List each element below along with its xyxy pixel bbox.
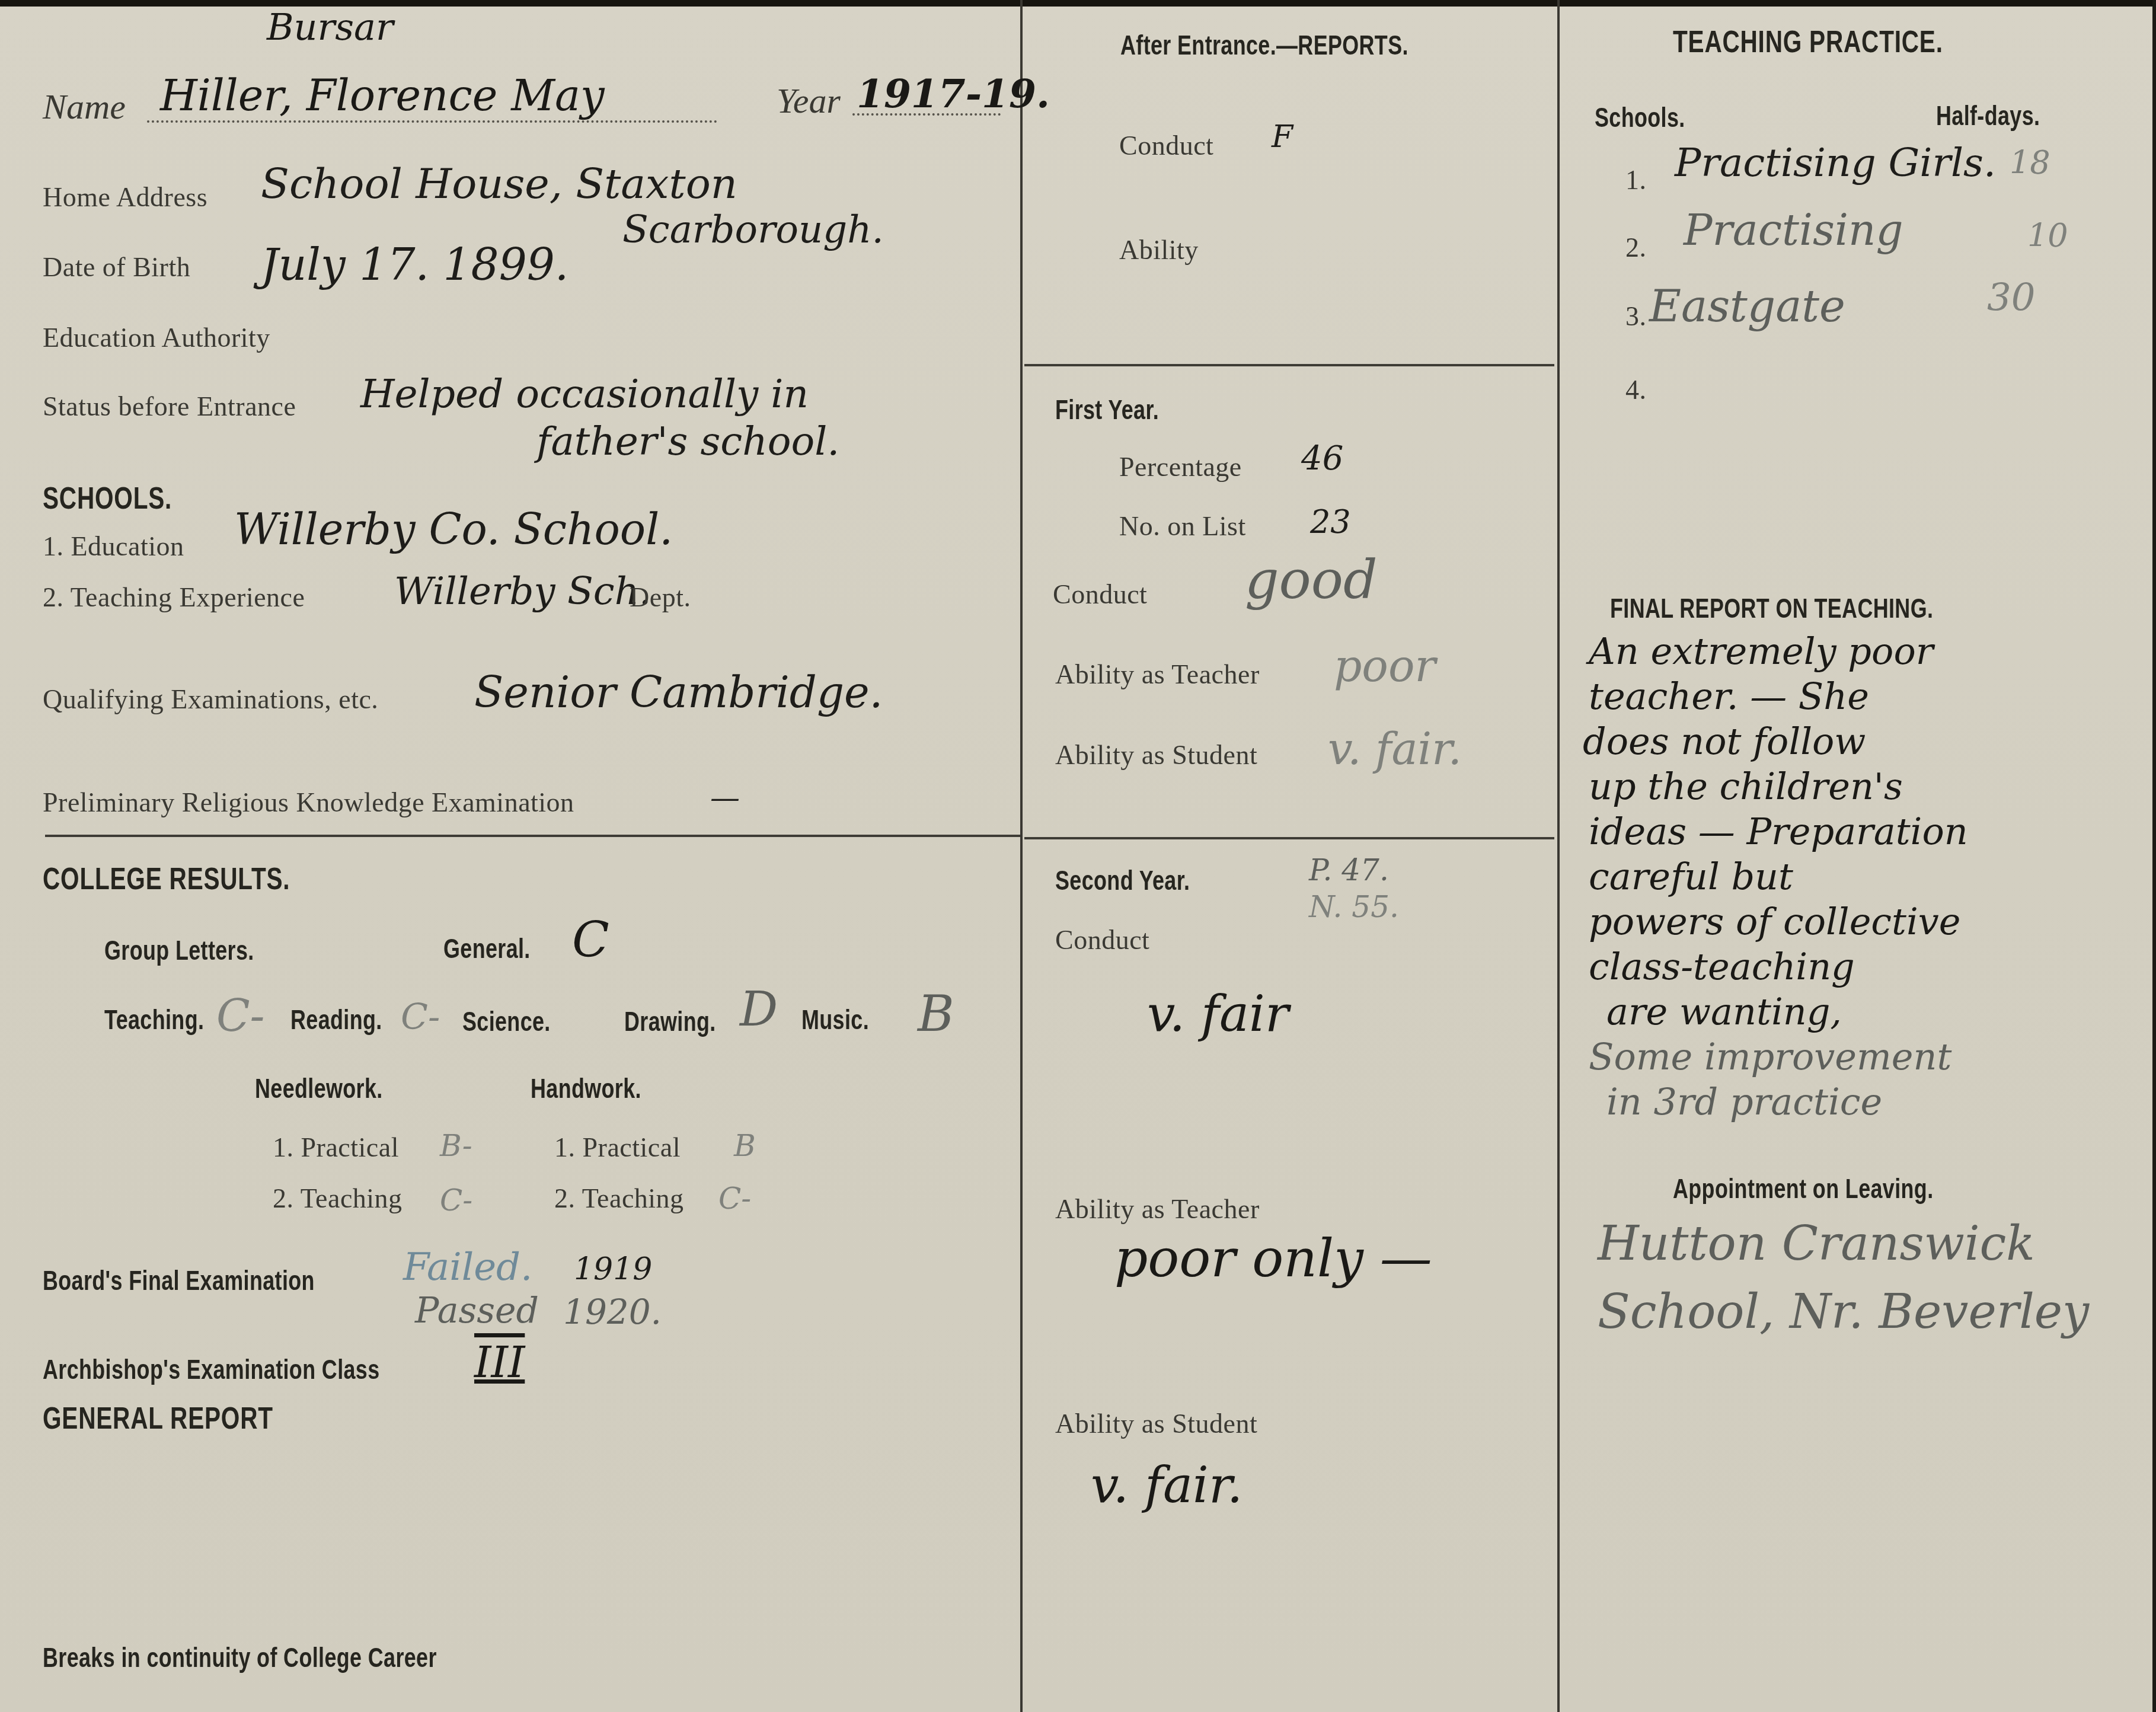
after-entrance-ability-label: Ability xyxy=(1119,234,1199,266)
name-annotation: Bursar xyxy=(267,5,394,49)
second-year-list-number: N. 55. xyxy=(1309,890,1399,924)
practice-row-halfdays: 18 xyxy=(2010,144,2050,181)
qualifying-exams-value: Senior Cambridge. xyxy=(474,667,883,717)
no-on-list-value: 23 xyxy=(1310,503,1351,541)
column-divider-right xyxy=(1557,0,1560,1712)
general-grade: C xyxy=(572,912,609,969)
reading-grade-label: Reading. xyxy=(290,1004,382,1036)
second-year-teacher-label: Ability as Teacher xyxy=(1055,1193,1260,1225)
drawing-grade: D xyxy=(740,982,778,1037)
name-dotted-line xyxy=(147,120,717,123)
first-year-conduct-value: good xyxy=(1245,549,1378,611)
final-report-line: up the children's xyxy=(1589,764,2146,809)
handwork-teaching-grade: C- xyxy=(718,1181,751,1216)
appointment-on-leaving-heading: Appointment on Leaving. xyxy=(1673,1173,1934,1205)
second-year-heading: Second Year. xyxy=(1055,864,1190,896)
general-label: General. xyxy=(443,932,531,964)
second-year-teacher-value: poor only — xyxy=(1114,1228,1432,1289)
final-report-heading: FINAL REPORT ON TEACHING. xyxy=(1610,592,1933,624)
divider-first-year xyxy=(1024,837,1554,839)
music-grade: B xyxy=(918,985,954,1043)
status-before-entrance-label: Status before Entrance xyxy=(43,391,296,422)
home-address-line2: Scarborough. xyxy=(622,208,884,252)
practice-row-number: 3. xyxy=(1625,301,1647,332)
practice-row-number: 2. xyxy=(1625,232,1647,263)
first-year-conduct-label: Conduct xyxy=(1053,579,1147,610)
final-report-line: does not follow xyxy=(1583,719,2146,764)
final-report-line: careful but xyxy=(1589,854,2146,899)
archbishop-exam-label: Archbishop's Examination Class xyxy=(43,1353,380,1385)
final-report-line: class-teaching xyxy=(1589,944,2146,989)
boards-final-year-1: 1919 xyxy=(574,1251,652,1287)
science-grade-label: Science. xyxy=(462,1005,551,1037)
practice-row-number: 1. xyxy=(1625,164,1647,196)
after-entrance-conduct-value: F xyxy=(1272,119,1293,155)
final-report-line: An extremely poor xyxy=(1589,629,2146,674)
needlework-teaching-label: 2. Teaching xyxy=(273,1183,403,1214)
boards-final-label: Board's Final Examination xyxy=(43,1264,315,1296)
needlework-practical-grade: B- xyxy=(440,1129,472,1163)
practice-row-halfdays: 30 xyxy=(1987,276,2035,320)
first-year-teacher-value: poor xyxy=(1334,641,1436,692)
teaching-experience-label: 2. Teaching Experience xyxy=(43,582,305,613)
needlework-heading: Needlework. xyxy=(255,1072,383,1104)
divider-left-college-results xyxy=(45,835,1020,837)
scan-right-edge xyxy=(2152,0,2156,1712)
education-authority-label: Education Authority xyxy=(43,322,270,353)
percentage-value: 46 xyxy=(1301,439,1343,478)
handwork-heading: Handwork. xyxy=(531,1072,641,1104)
halfdays-column-label: Half-days. xyxy=(1936,100,2040,132)
education-label: 1. Education xyxy=(43,531,184,562)
name-label: Name xyxy=(43,87,126,127)
student-record-card: Bursar Name Hiller, Florence May Year 19… xyxy=(0,7,2152,1712)
first-year-student-value: v. fair. xyxy=(1328,724,1462,775)
practice-row-school: Eastgate xyxy=(1649,281,1845,332)
reading-grade: C- xyxy=(401,996,440,1038)
first-year-student-label: Ability as Student xyxy=(1055,739,1257,771)
final-report-line: teacher. — She xyxy=(1589,674,2146,719)
boards-final-status-1: Failed. xyxy=(403,1245,532,1289)
needlework-teaching-grade: C- xyxy=(440,1183,472,1218)
column-divider-left xyxy=(1020,0,1023,1712)
year-value: 1917-19. xyxy=(857,71,1050,117)
final-report-line: are wanting, xyxy=(1606,989,2146,1034)
handwork-teaching-label: 2. Teaching xyxy=(554,1183,684,1214)
boards-final-year-2: 1920. xyxy=(563,1292,662,1332)
name-value: Hiller, Florence May xyxy=(160,71,605,120)
practice-row-school: Practising xyxy=(1684,205,1903,255)
handwork-practical-grade: B xyxy=(734,1129,756,1163)
final-report-line: Some improvement xyxy=(1589,1034,2146,1079)
final-report-text: An extremely poor teacher. — She does no… xyxy=(1577,629,2146,1125)
status-before-entrance-line1: Helped occasionally in xyxy=(360,371,809,417)
breaks-in-continuity-label: Breaks in continuity of College Career xyxy=(43,1641,437,1673)
first-year-heading: First Year. xyxy=(1055,394,1159,426)
second-year-conduct-value: v. fair xyxy=(1147,985,1289,1043)
drawing-grade-label: Drawing. xyxy=(624,1005,716,1037)
boards-final-status-2: Passed xyxy=(415,1290,539,1331)
percentage-label: Percentage xyxy=(1119,451,1242,483)
appointment-line-2: School, Nr. Beverley xyxy=(1598,1284,2089,1339)
schools-heading: SCHOOLS. xyxy=(43,481,172,516)
dob-value: July 17. 1899. xyxy=(261,239,568,290)
second-year-student-label: Ability as Student xyxy=(1055,1408,1257,1439)
practice-row-halfdays: 10 xyxy=(2027,217,2068,254)
archbishop-exam-class: III xyxy=(474,1337,525,1387)
second-year-percentage: P. 47. xyxy=(1309,853,1389,887)
handwork-practical-label: 1. Practical xyxy=(554,1132,681,1163)
final-report-line: powers of collective xyxy=(1589,899,2146,944)
first-year-teacher-label: Ability as Teacher xyxy=(1055,659,1260,690)
needlework-practical-label: 1. Practical xyxy=(273,1132,399,1163)
no-on-list-label: No. on List xyxy=(1119,510,1246,542)
home-address-label: Home Address xyxy=(43,181,207,213)
divider-after-entrance xyxy=(1024,364,1554,366)
prelim-religious-label: Preliminary Religious Knowledge Examinat… xyxy=(43,787,574,818)
second-year-conduct-label: Conduct xyxy=(1055,924,1149,956)
after-entrance-conduct-label: Conduct xyxy=(1119,130,1213,161)
teaching-grade: C- xyxy=(216,991,265,1042)
qualifying-exams-label: Qualifying Examinations, etc. xyxy=(43,683,378,715)
dob-label: Date of Birth xyxy=(43,251,190,283)
practice-row-school: Practising Girls. xyxy=(1675,140,1996,186)
group-letters-label: Group Letters. xyxy=(104,934,254,966)
general-report-heading: GENERAL REPORT xyxy=(43,1401,273,1436)
practice-row-number: 4. xyxy=(1625,374,1647,405)
education-value: Willerby Co. School. xyxy=(234,504,673,554)
prelim-religious-value: — xyxy=(710,781,740,815)
college-results-heading: COLLEGE RESULTS. xyxy=(43,861,290,897)
schools-column-label: Schools. xyxy=(1595,101,1685,133)
music-grade-label: Music. xyxy=(801,1004,869,1036)
second-year-student-value: v. fair. xyxy=(1091,1456,1243,1514)
teaching-experience-value: Willerby Sch. xyxy=(394,570,651,614)
appointment-line-1: Hutton Cranswick xyxy=(1598,1216,2035,1271)
final-report-line: ideas — Preparation xyxy=(1589,809,2146,854)
teaching-grade-label: Teaching. xyxy=(104,1004,204,1036)
home-address-line1: School House, Staxton xyxy=(261,159,737,208)
teaching-practice-heading: TEACHING PRACTICE. xyxy=(1673,24,1943,60)
status-before-entrance-line2: father's school. xyxy=(536,419,839,464)
final-report-line: in 3rd practice xyxy=(1606,1079,2146,1125)
dept-label: Dept. xyxy=(630,582,691,613)
year-label: Year xyxy=(777,81,841,122)
after-entrance-heading: After Entrance.—REPORTS. xyxy=(1120,29,1408,61)
